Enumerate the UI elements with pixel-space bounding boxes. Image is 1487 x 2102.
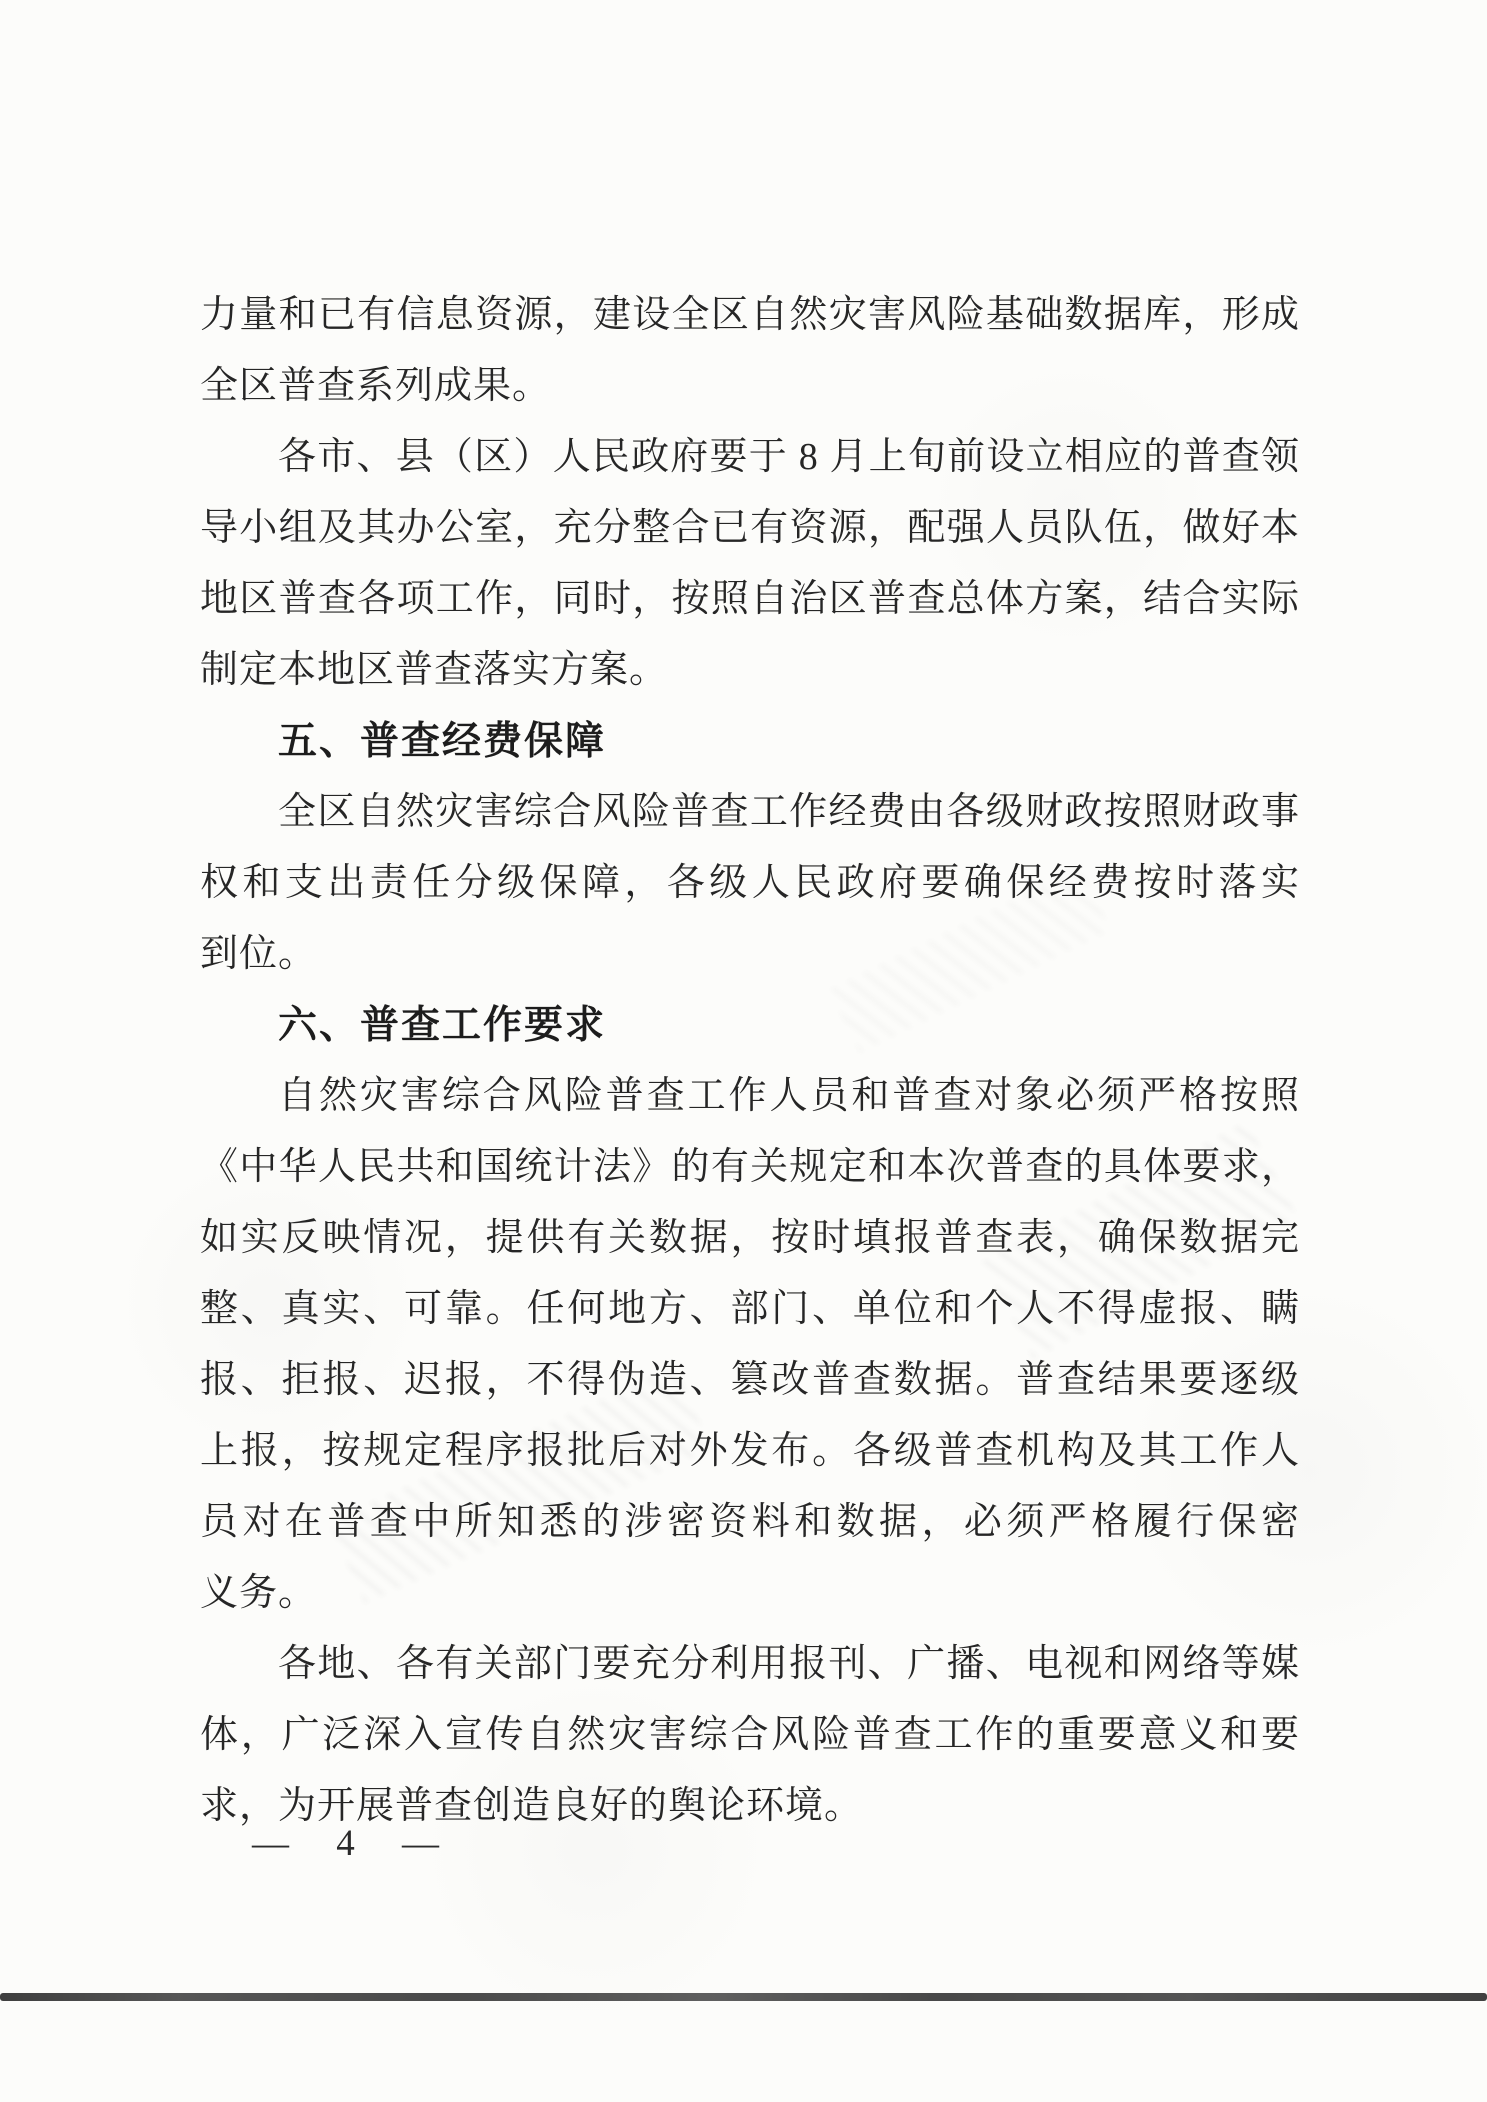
text-line: 义务。	[200, 1558, 1300, 1629]
text-line: 如实反映情况，提供有关数据，按时填报普查表，确保数据完	[200, 1203, 1300, 1274]
text-line: 体，广泛深入宣传自然灾害综合风险普查工作的重要意义和要	[200, 1700, 1300, 1771]
text-line: 全区自然灾害综合风险普查工作经费由各级财政按照财政事	[200, 777, 1300, 848]
text-line: 地区普查各项工作，同时，按照自治区普查总体方案，结合实际	[200, 564, 1300, 635]
text-line: 报、拒报、迟报，不得伪造、篡改普查数据。普查结果要逐级	[200, 1345, 1300, 1416]
text-line: 上报，按规定程序报批后对外发布。各级普查机构及其工作人	[200, 1416, 1300, 1487]
bottom-scan-line	[0, 1993, 1487, 2001]
section-heading: 六、普查工作要求	[200, 990, 1300, 1061]
text-line: 《中华人民共和国统计法》的有关规定和本次普查的具体要求，	[200, 1132, 1300, 1203]
text-line: 制定本地区普查落实方案。	[200, 635, 1300, 706]
page: { "page": { "number_label": "— 4 —", "ba…	[0, 0, 1487, 2102]
text-block: 力量和已有信息资源，建设全区自然灾害风险基础数据库，形成全区普查系列成果。各市、…	[200, 280, 1300, 1842]
text-line: 到位。	[200, 919, 1300, 990]
text-line: 员对在普查中所知悉的涉密资料和数据，必须严格履行保密	[200, 1487, 1300, 1558]
text-line: 导小组及其办公室，充分整合已有资源，配强人员队伍，做好本	[200, 493, 1300, 564]
text-line: 整、真实、可靠。任何地方、部门、单位和个人不得虚报、瞒	[200, 1274, 1300, 1345]
text-line: 各地、各有关部门要充分利用报刊、广播、电视和网络等媒	[200, 1629, 1300, 1700]
text-line: 全区普查系列成果。	[200, 351, 1300, 422]
text-line: 力量和已有信息资源，建设全区自然灾害风险基础数据库，形成	[200, 280, 1300, 351]
text-line: 权和支出责任分级保障，各级人民政府要确保经费按时落实	[200, 848, 1300, 919]
page-number: — 4 —	[252, 1822, 445, 1865]
text-line: 自然灾害综合风险普查工作人员和普查对象必须严格按照	[200, 1061, 1300, 1132]
section-heading: 五、普查经费保障	[200, 706, 1300, 777]
text-line: 各市、县（区）人民政府要于 8 月上旬前设立相应的普查领	[200, 422, 1300, 493]
